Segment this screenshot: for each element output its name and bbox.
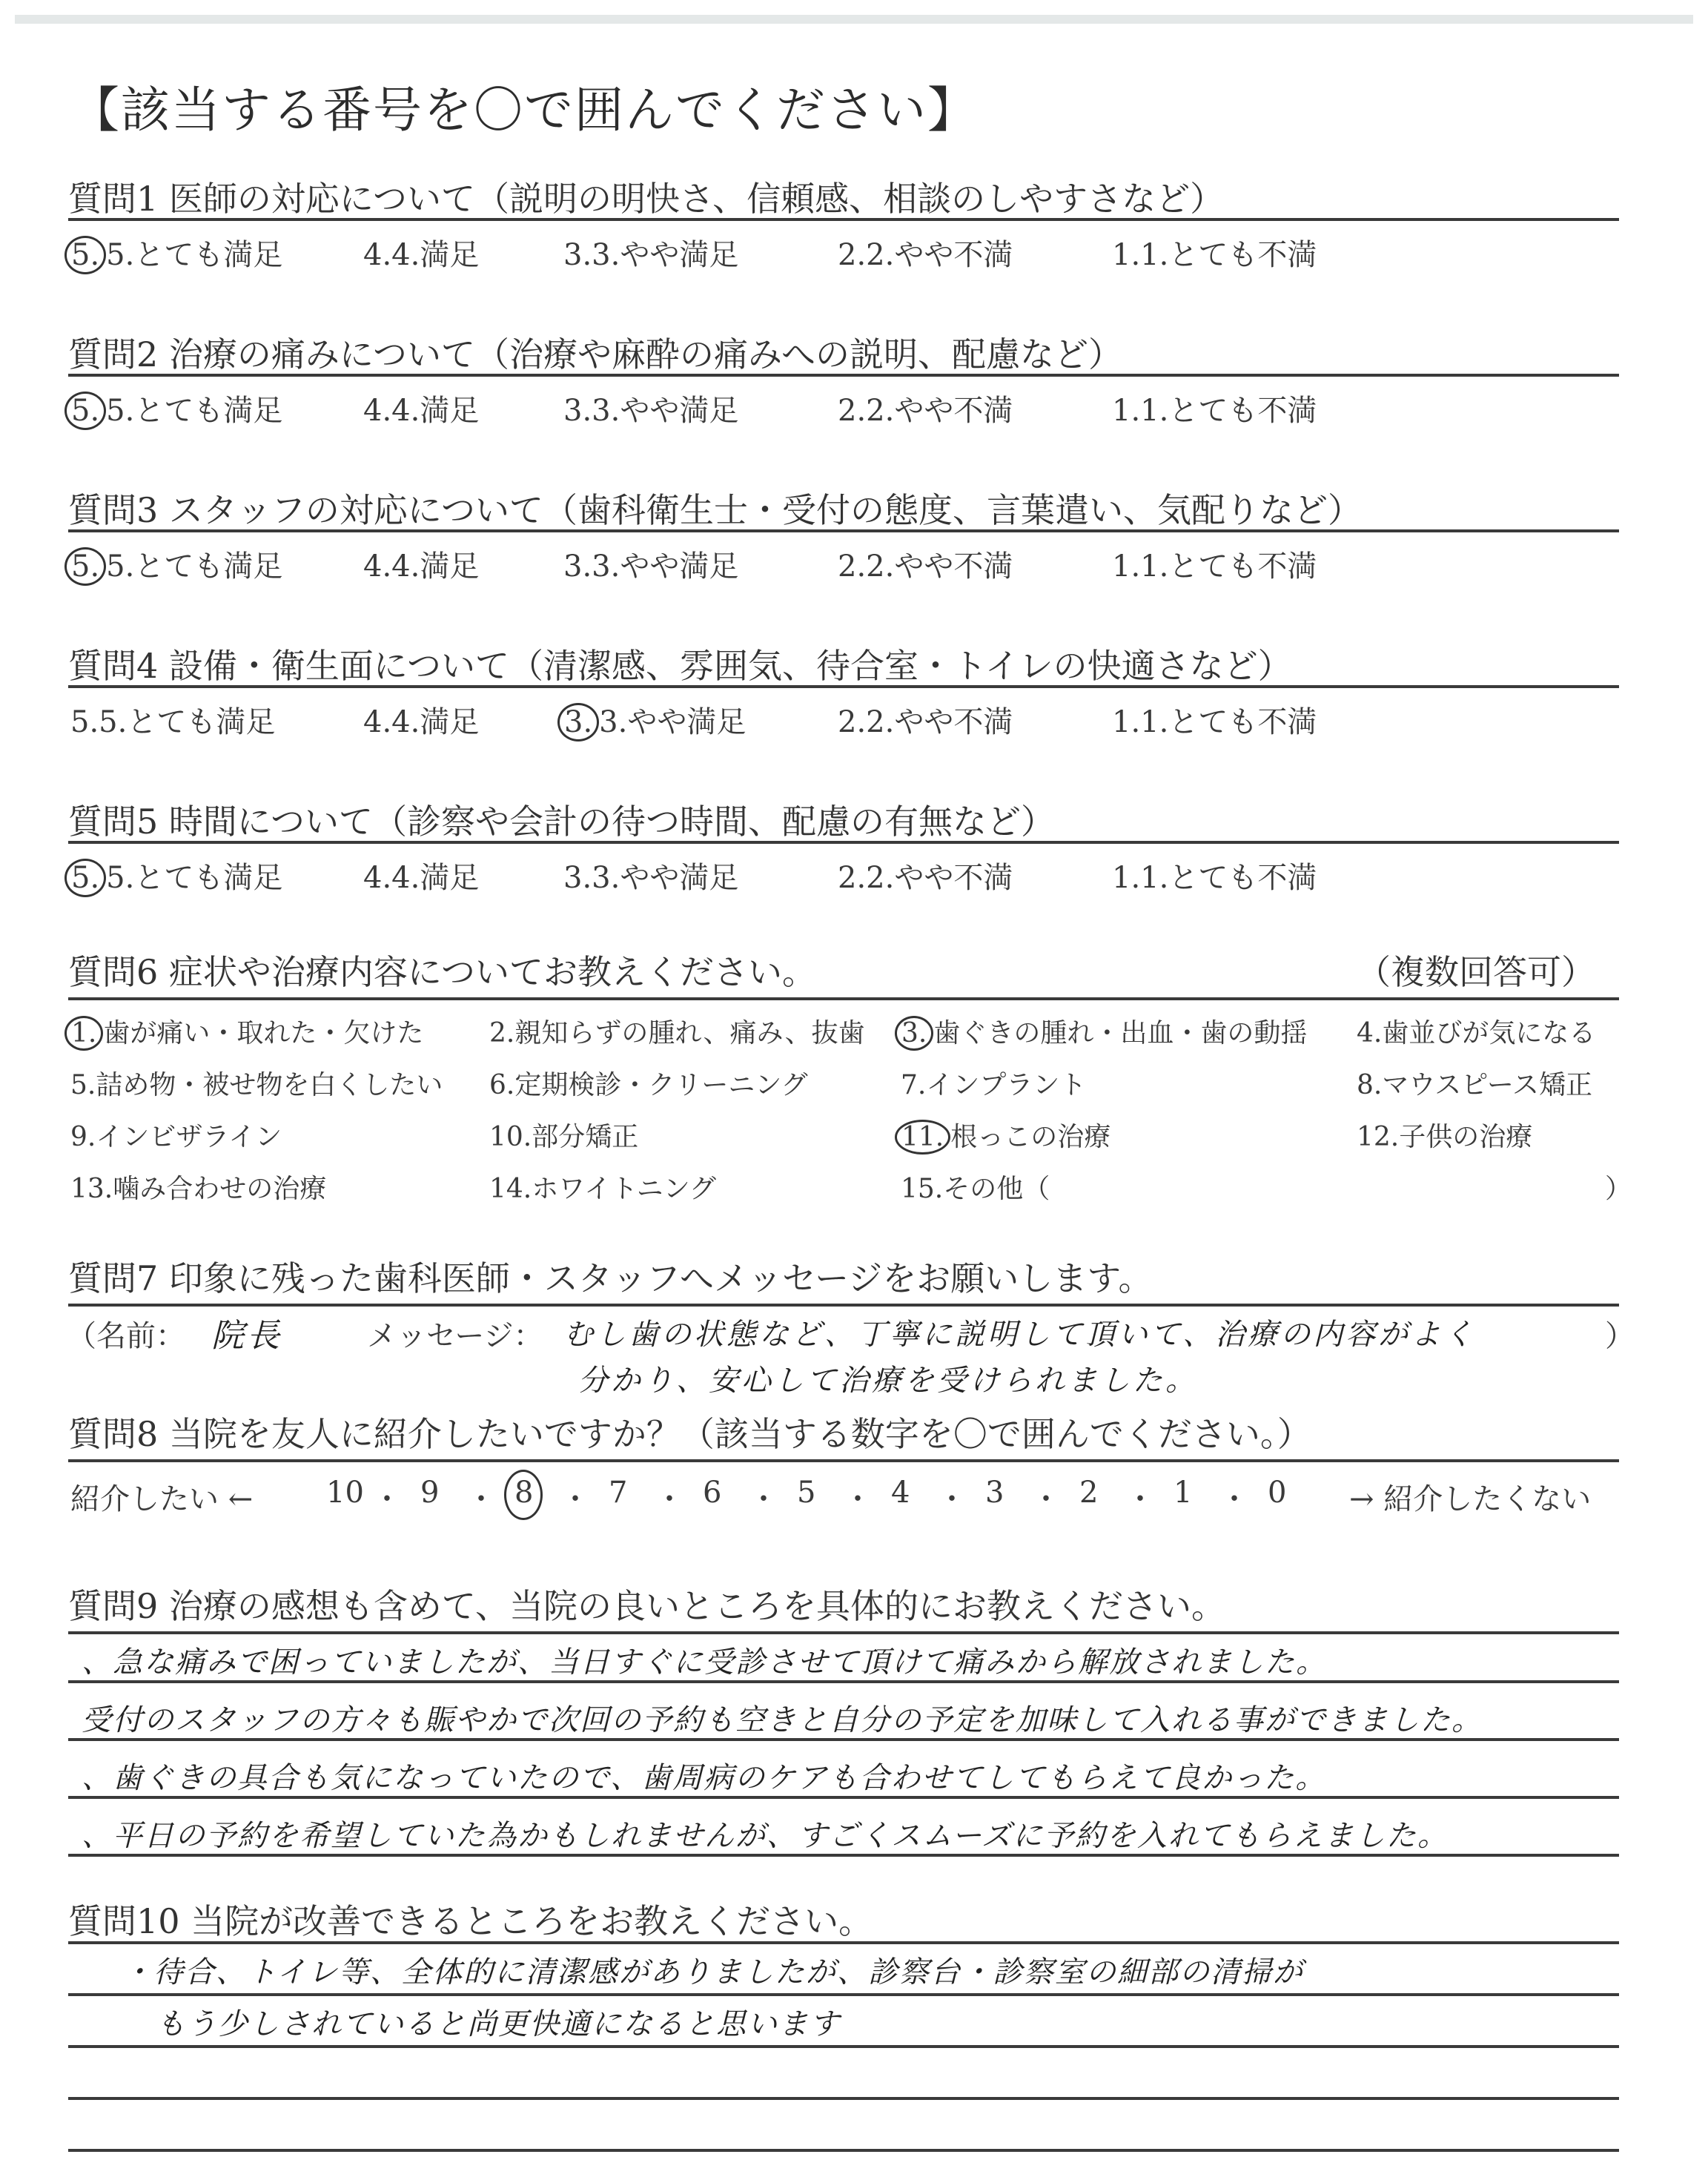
q9-answer-line[interactable]: 、平日の予約を希望していた為かもしれませんが、すごくスムーズに予約を入れてもらえ… [82,1812,1449,1855]
selected-circle-mark [504,1470,543,1520]
option-number: 5. [70,1070,96,1100]
question-2-option-2[interactable]: 2.2.やや不満 [838,387,1013,429]
option-number: 2. [838,394,866,428]
option-label: ホワイトニング [532,1174,716,1204]
q6-option-2[interactable]: 2.親知らずの腫れ、痛み、抜歯 [489,1012,865,1050]
writing-line [68,1993,1619,1996]
question-2-option-4[interactable]: 4.4.満足 [363,387,479,429]
writing-line [68,2149,1619,2152]
q9-answer-line[interactable]: 、急な痛みで困っていましたが、当日すぐに受診させて頂けて痛みから解放されました。 [82,1639,1327,1681]
option-number: 2. [838,549,866,584]
q6-option-11[interactable]: 11.根っこの治療 [901,1116,1110,1155]
q6-option-6[interactable]: 6.定期検診・クリーニング [489,1064,808,1102]
option-label: 2.やや不満 [866,861,1013,895]
question-5-option-5[interactable]: 5.5.とても満足 [70,854,282,897]
question-1-option-5[interactable]: 5.5.とても満足 [70,231,282,274]
separator-dot: ・ [1219,1476,1249,1518]
q6-note: （複数回答可） [1357,945,1595,994]
scale-value-7[interactable]: 7 [609,1476,627,1510]
question-5-option-3[interactable]: 3.3.やや満足 [563,854,738,896]
option-label: 部分矯正 [532,1122,638,1152]
divider [68,841,1619,844]
q6-label: 質問6 症状や治療内容についてお教えください。 [68,945,816,994]
question-5-option-4[interactable]: 4.4.満足 [363,854,479,896]
name-value[interactable]: 院長 [211,1309,282,1356]
question-3-option-3[interactable]: 3.3.やや満足 [563,543,738,585]
option-label: 1.とても不満 [1140,549,1317,584]
scale-value-9[interactable]: 9 [420,1476,439,1510]
question-1-label: 質問1 医師の対応について（説明の明快さ、信頼感、相談のしやすさなど） [68,172,1224,221]
separator-dot: ・ [843,1476,873,1518]
question-3-label: 質問3 スタッフの対応について（歯科衛生士・受付の態度、言葉遣い、気配りなど） [68,483,1362,532]
option-label: 詰め物・被せ物を白くしたい [96,1070,443,1100]
q9-label: 質問9 治療の感想も含めて、当院の良いところを具体的にお教えください。 [68,1579,1225,1628]
scale-value-4[interactable]: 4 [891,1476,910,1510]
message-line-2[interactable]: 分かり、安心して治療を受けられました。 [578,1357,1198,1399]
q6-option-12[interactable]: 12.子供の治療 [1357,1116,1532,1154]
option-label: 根っこの治療 [950,1122,1110,1152]
option-number: 4. [363,861,391,895]
selected-circle-mark: 1. [64,1016,103,1051]
scale-left-label: 紹介したい ← [70,1476,253,1518]
divider [68,529,1619,532]
option-label: 3.やや満足 [592,238,738,272]
question-3-option-4[interactable]: 4.4.満足 [363,543,479,585]
scale-value-6[interactable]: 6 [703,1476,721,1510]
question-2-option-5[interactable]: 5.5.とても満足 [70,387,282,430]
option-number: 14. [489,1174,532,1204]
option-number: 3. [563,861,592,895]
question-4-option-1[interactable]: 1.1.とても不満 [1112,698,1317,741]
option-number: 3. [563,549,592,584]
question-5-option-1[interactable]: 1.1.とても不満 [1112,854,1317,896]
option-number: 13. [70,1174,113,1204]
q9-answer-line[interactable]: 受付のスタッフの方々も賑やかで次回の予約も空きと自分の予定を加味して入れる事がで… [82,1697,1483,1739]
option-label: 4.満足 [391,238,479,272]
option-label: 5.とても満足 [106,238,282,272]
question-3-option-1[interactable]: 1.1.とても不満 [1112,543,1317,585]
question-1-option-3[interactable]: 3.3.やや満足 [563,231,738,274]
option-label: 4.満足 [391,549,479,584]
option-number: 9. [70,1122,96,1152]
option-number: 1. [1112,394,1140,428]
q10-label: 質問10 当院が改善できるところをお教えください。 [68,1895,873,1943]
option-label: 4.満足 [391,705,479,739]
option-label: 定期検診・クリーニング [514,1070,807,1100]
option-label: 歯ぐきの腫れ・出血・歯の動揺 [933,1018,1307,1048]
name-label: （名前： [67,1312,185,1355]
scale-value-10[interactable]: 10 [326,1476,364,1510]
writing-line [68,2097,1619,2100]
divider [68,1304,1619,1307]
q9-answer-line[interactable]: 、歯ぐきの具合も気になっていたので、歯周病のケアも合わせてしてもらえて良かった。 [82,1754,1326,1797]
q6-option-7[interactable]: 7.インプラント [901,1064,1086,1102]
question-4-option-5[interactable]: 5.5.とても満足 [70,698,275,741]
divider [68,1941,1619,1944]
selected-circle-mark: 5. [64,392,106,430]
scale-value-2[interactable]: 2 [1079,1476,1098,1510]
q6-option-15[interactable]: 15.その他（ [901,1168,1050,1206]
option-label: インプラント [926,1070,1086,1100]
other-close-paren: ） [1605,1168,1632,1206]
page-title: 【該当する番号を〇で囲んでください】 [70,70,978,141]
option-label: 3.やや満足 [592,394,738,428]
option-label: その他（ [943,1174,1050,1204]
option-label: 子供の治療 [1399,1122,1532,1152]
question-5-label: 質問5 時間について（診察や会計の待つ時間、配慮の有無など） [68,795,1055,844]
option-label: 1.とても不満 [1140,861,1317,895]
scale-value-5[interactable]: 5 [797,1476,815,1510]
option-label: 5.とても満足 [99,705,275,739]
option-label: 1.とても不満 [1140,394,1317,428]
option-number: 4. [363,705,391,739]
separator-dot: ・ [937,1476,967,1518]
option-number: 4. [363,394,391,428]
option-number: 6. [489,1070,514,1100]
q6-option-10[interactable]: 10.部分矯正 [489,1116,638,1154]
question-4-option-4[interactable]: 4.4.満足 [363,698,479,741]
question-1-option-4[interactable]: 4.4.満足 [363,231,479,274]
q6-option-3[interactable]: 3.歯ぐきの腫れ・出血・歯の動揺 [901,1012,1307,1051]
question-3-option-5[interactable]: 5.5.とても満足 [70,543,282,586]
option-number: 1. [1112,549,1140,584]
message-close-paren: ） [1605,1312,1635,1355]
separator-dot: ・ [1125,1476,1155,1518]
selected-circle-mark: 3. [895,1016,933,1051]
q6-option-8[interactable]: 8.マウスピース矯正 [1357,1064,1592,1102]
option-number: 8. [1357,1070,1382,1100]
option-label: 4.満足 [391,394,479,428]
option-label: 5.とても満足 [106,394,282,428]
selected-circle-mark: 5. [64,859,106,897]
option-label: 2.やや不満 [866,394,1013,428]
scale-value-1[interactable]: 1 [1174,1476,1192,1510]
separator-dot: ・ [560,1476,590,1518]
q10-answer-line[interactable]: もう少しされていると尚更快適になると思います [156,2001,841,2043]
option-label: 3.やや満足 [592,861,738,895]
option-number: 1. [1112,705,1140,739]
option-label: 3.やや満足 [599,705,746,739]
question-1-option-2[interactable]: 2.2.やや不満 [838,231,1013,274]
question-5-option-2[interactable]: 2.2.やや不満 [838,854,1013,896]
option-number: 7. [901,1070,926,1100]
option-number: 5. [70,705,99,739]
option-number: 1. [1112,861,1140,895]
option-number: 2. [838,238,866,272]
separator-dot: ・ [749,1476,778,1518]
q10-answer-line[interactable]: ・待合、トイレ等、全体的に清潔感がありましたが、診察台・診察室の細部の清掃が [122,1949,1304,1991]
option-number: 10. [489,1122,532,1152]
option-label: 5.とても満足 [106,861,282,895]
selected-circle-mark: 11. [895,1120,950,1155]
option-number: 4. [363,549,391,584]
option-number: 2. [838,861,866,895]
question-2-option-3[interactable]: 3.3.やや満足 [563,387,738,429]
question-4-option-3[interactable]: 3.3.やや満足 [563,698,746,742]
q6-option-5[interactable]: 5.詰め物・被せ物を白くしたい [70,1064,443,1102]
option-number: 3. [563,394,592,428]
option-label: 2.やや不満 [866,549,1013,584]
option-label: 親知らずの腫れ、痛み、抜歯 [514,1018,864,1048]
option-number: 3. [563,238,592,272]
separator-dot: ・ [372,1476,402,1518]
scale-value-3[interactable]: 3 [985,1476,1004,1510]
divider [68,374,1619,377]
option-label: 4.満足 [391,861,479,895]
option-label: 2.やや不満 [866,238,1013,272]
option-number: 4. [363,238,391,272]
option-label: 1.とても不満 [1140,238,1317,272]
option-label: マウスピース矯正 [1382,1070,1592,1100]
option-number: 12. [1357,1122,1399,1152]
question-4-option-2[interactable]: 2.2.やや不満 [838,698,1013,741]
option-label: 歯が痛い・取れた・欠けた [103,1018,423,1048]
option-number: 2. [489,1018,514,1048]
scale-right-label: → 紹介したくない [1349,1476,1591,1518]
separator-dot: ・ [1031,1476,1061,1518]
writing-line [68,1680,1619,1683]
q6-option-14[interactable]: 14.ホワイトニング [489,1168,716,1206]
option-number: 4. [1357,1018,1382,1048]
option-label: 歯並びが気になる [1382,1018,1595,1048]
question-3-option-2[interactable]: 2.2.やや不満 [838,543,1013,585]
q6-option-4[interactable]: 4.歯並びが気になる [1357,1012,1595,1050]
scan-top-edge [15,15,1693,24]
message-label: メッセージ： [367,1312,543,1355]
divider [68,218,1619,221]
divider [68,1631,1619,1634]
option-label: 1.とても不満 [1140,705,1317,739]
q7-label: 質問7 印象に残った歯科医師・スタッフへメッセージをお願いします。 [68,1252,1153,1301]
question-4-label: 質問4 設備・衛生面について（清潔感、雰囲気、待合室・トイレの快適さなど） [68,639,1292,688]
divider [68,1459,1619,1462]
q8-label: 質問8 当院を友人に紹介したいですか？（該当する数字を〇で囲んでください。） [68,1407,1311,1456]
writing-line [68,1854,1619,1857]
option-number: 1. [1112,238,1140,272]
selected-circle-mark: 5. [64,236,106,274]
question-2-label: 質問2 治療の痛みについて（治療や麻酔の痛みへの説明、配慮など） [68,328,1122,377]
option-number: 2. [838,705,866,739]
option-label: インビザライン [96,1122,282,1152]
scale-value-0[interactable]: 0 [1268,1476,1286,1510]
q6-option-13[interactable]: 13.噛み合わせの治療 [70,1168,326,1206]
q6-option-1[interactable]: 1.歯が痛い・取れた・欠けた [70,1012,423,1051]
selected-circle-mark: 5. [64,547,106,586]
writing-line [68,1738,1619,1741]
option-label: 噛み合わせの治療 [113,1174,326,1204]
question-2-option-1[interactable]: 1.1.とても不満 [1112,387,1317,429]
divider [68,685,1619,688]
selected-circle-mark: 3. [557,703,599,742]
message-line-1[interactable]: むし歯の状態など、丁寧に説明して頂いて、治療の内容がよく [563,1311,1476,1353]
option-number: 15. [901,1174,943,1204]
question-1-option-1[interactable]: 1.1.とても不満 [1112,231,1317,274]
separator-dot: ・ [466,1476,496,1518]
option-label: 3.やや満足 [592,549,738,584]
divider [68,997,1619,1000]
option-label: 5.とても満足 [106,549,282,584]
option-label: 2.やや不満 [866,705,1013,739]
separator-dot: ・ [655,1476,684,1518]
q6-option-9[interactable]: 9.インビザライン [70,1116,282,1154]
writing-line [68,1796,1619,1799]
writing-line [68,2045,1619,2048]
